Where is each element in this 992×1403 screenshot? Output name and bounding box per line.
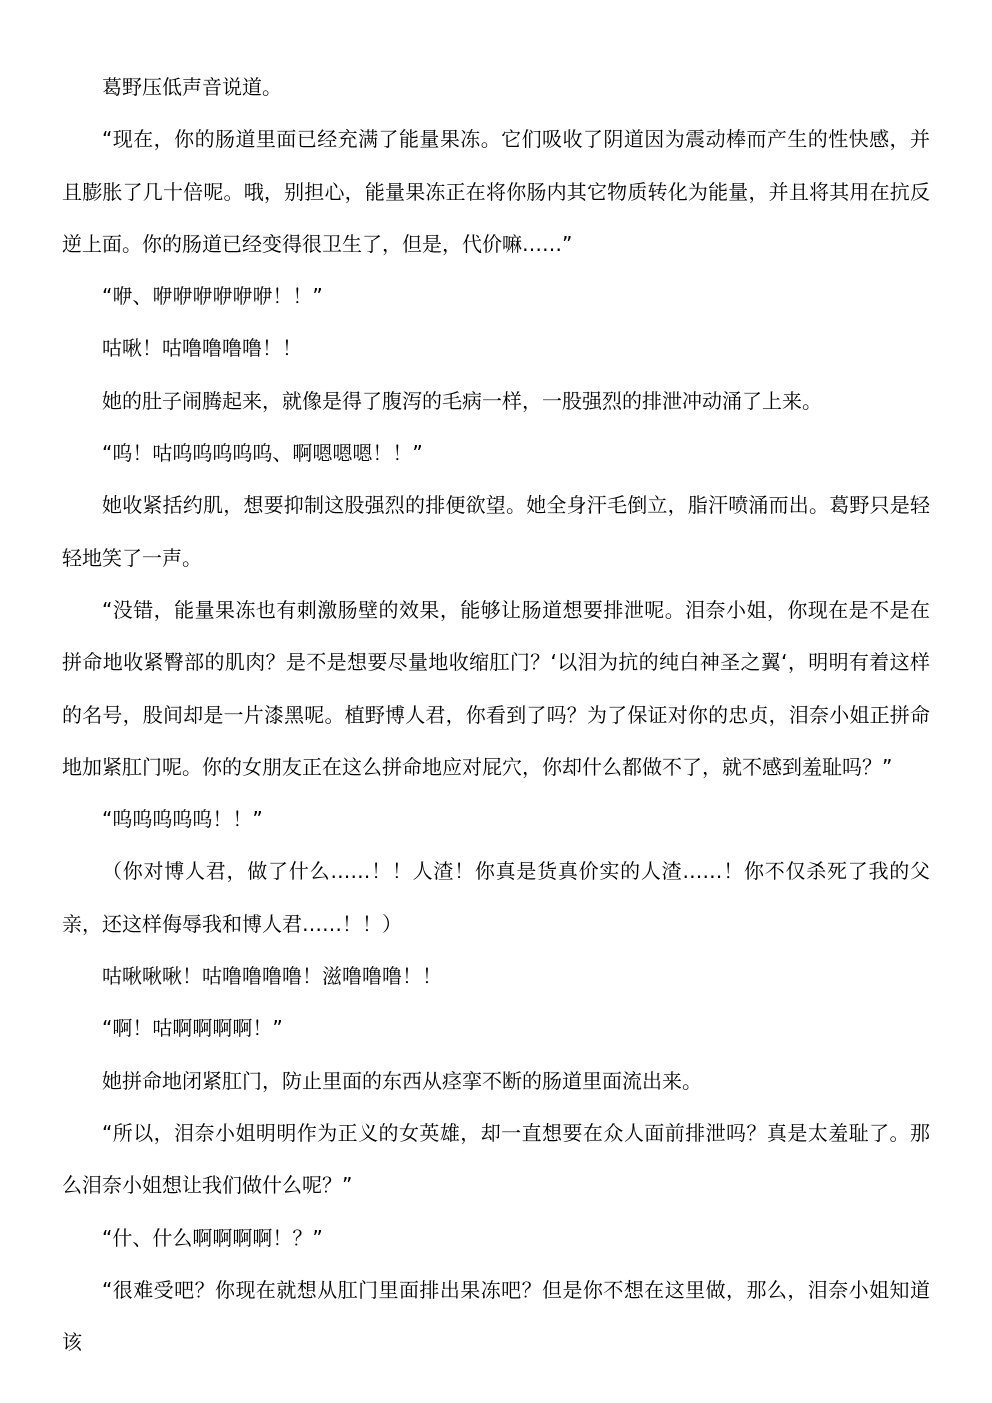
paragraph: “啊！咕啊啊啊啊！” — [62, 1002, 930, 1054]
paragraph: “呜呜呜呜呜！！” — [62, 793, 930, 845]
paragraph: “咿、咿咿咿咿咿咿！！” — [62, 270, 930, 322]
paragraph: “什、什么啊啊啊啊！？” — [62, 1212, 930, 1264]
document-page: 葛野压低声音说道。“现在，你的肠道里面已经充满了能量果冻。它们吸收了阴道因为震动… — [0, 0, 992, 1403]
paragraph: 咕啾！咕噜噜噜噜！！ — [62, 322, 930, 374]
paragraph: “呜！咕呜呜呜呜呜、啊嗯嗯嗯！！” — [62, 427, 930, 479]
paragraph: “没错，能量果冻也有刺激肠壁的效果，能够让肠道想要排泄呢。泪奈小姐，你现在是不是… — [62, 584, 930, 793]
paragraph: 葛野压低声音说道。 — [62, 61, 930, 113]
paragraph: 她拼命地闭紧肛门，防止里面的东西从痉挛不断的肠道里面流出来。 — [62, 1055, 930, 1107]
paragraph: 她收紧括约肌，想要抑制这股强烈的排便欲望。她全身汗毛倒立，脂汗喷涌而出。葛野只是… — [62, 479, 930, 584]
paragraph: “现在，你的肠道里面已经充满了能量果冻。它们吸收了阴道因为震动棒而产生的性快感，… — [62, 113, 930, 270]
document-text: 葛野压低声音说道。“现在，你的肠道里面已经充满了能量果冻。它们吸收了阴道因为震动… — [62, 61, 930, 1368]
paragraph: “很难受吧？你现在就想从肛门里面排出果冻吧？但是你不想在这里做，那么，泪奈小姐知… — [62, 1264, 930, 1369]
paragraph: （你对博人君，做了什么……！！人渣！你真是货真价实的人渣……！你不仅杀死了我的父… — [62, 845, 930, 950]
paragraph: 咕啾啾啾！咕噜噜噜噜！滋噜噜噜！！ — [62, 950, 930, 1002]
paragraph: “所以，泪奈小姐明明作为正义的女英雄，却一直想要在众人面前排泄吗？真是太羞耻了。… — [62, 1107, 930, 1212]
paragraph: 她的肚子闹腾起来，就像是得了腹泻的毛病一样，一股强烈的排泄冲动涌了上来。 — [62, 375, 930, 427]
